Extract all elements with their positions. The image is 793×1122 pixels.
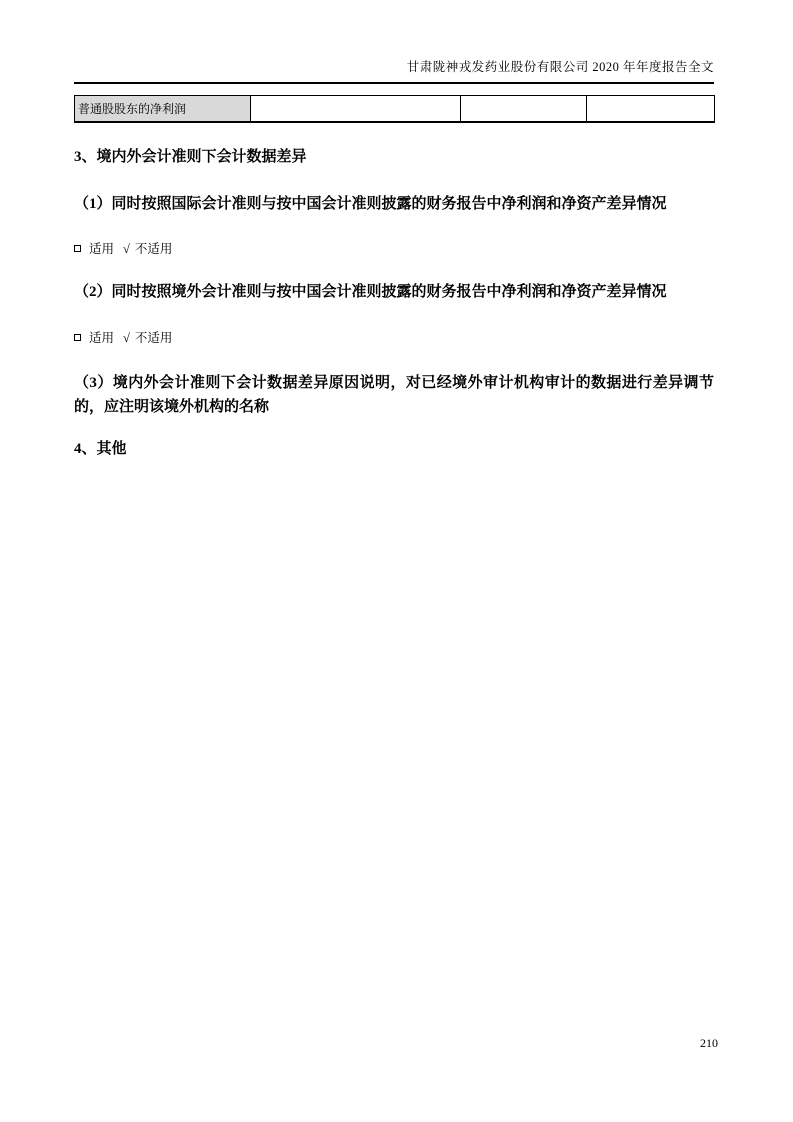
section-3-heading: 3、境内外会计准则下会计数据差异 [74,147,714,167]
value-cell-3 [587,96,715,122]
section-3-3-heading: （3）境内外会计准则下会计数据差异原因说明，对已经境外审计机构审计的数据进行差异… [74,371,714,419]
document-page: 甘肃陇神戎发药业股份有限公司 2020 年年度报告全文 普通股股东的净利润 3、… [0,0,793,1122]
not-applicable-label: 不适用 [135,331,173,345]
check-mark-icon: √ [123,331,130,345]
checkbox-icon [74,245,81,252]
row-label-cell: 普通股股东的净利润 [75,96,251,122]
check-mark-icon: √ [123,242,130,256]
page-content: 甘肃陇神戎发药业股份有限公司 2020 年年度报告全文 普通股股东的净利润 3、… [74,0,714,459]
checkbox-icon [74,334,81,341]
page-number: 210 [700,1036,718,1050]
value-cell-2 [461,96,587,122]
header-title: 甘肃陇神戎发药业股份有限公司 2020 年年度报告全文 [407,60,714,74]
page-footer: 210 [700,1036,718,1051]
table-row: 普通股股东的净利润 [75,96,715,122]
applicability-line-2: 适用√不适用 [74,331,714,345]
section-4-heading: 4、其他 [74,439,714,459]
section-3-1-heading: （1）同时按照国际会计准则与按中国会计准则披露的财务报告中净利润和净资产差异情况 [74,194,714,214]
not-applicable-label: 不适用 [135,242,173,256]
applicability-line-1: 适用√不适用 [74,242,714,256]
value-cell-1 [251,96,461,122]
section-3-2-heading: （2）同时按照境外会计准则与按中国会计准则披露的财务报告中净利润和净资产差异情况 [74,282,714,302]
net-profit-table: 普通股股东的净利润 [74,95,715,123]
page-header: 甘肃陇神戎发药业股份有限公司 2020 年年度报告全文 [74,0,714,84]
applicable-label: 适用 [89,331,114,345]
applicable-label: 适用 [89,242,114,256]
